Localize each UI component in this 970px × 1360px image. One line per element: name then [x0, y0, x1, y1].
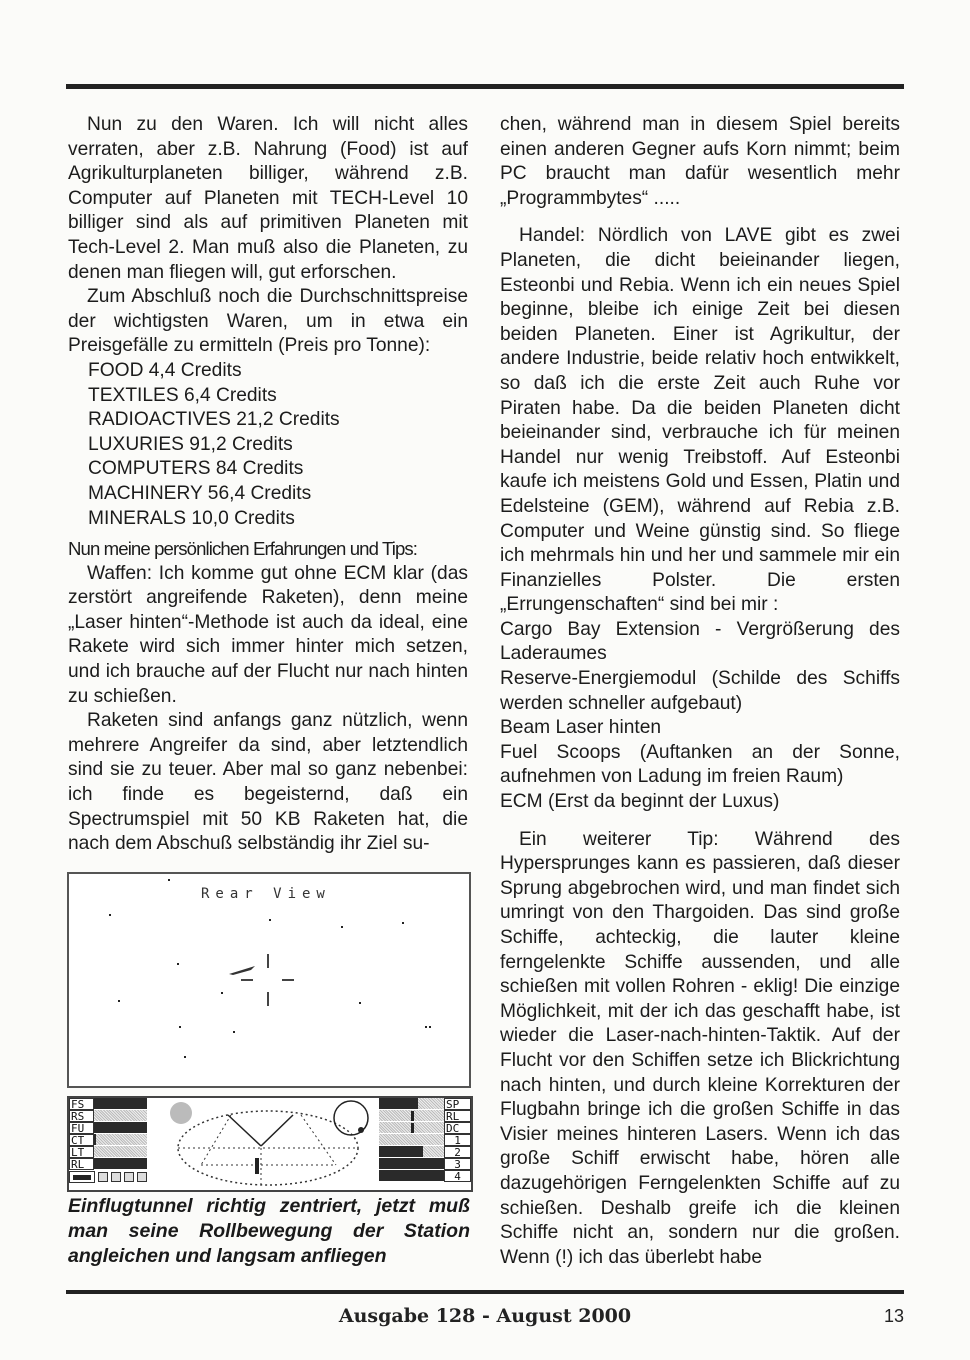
achievement-item: Cargo Bay Extension - Vergrößerung des L… — [500, 618, 900, 667]
paragraph-waffen: Waffen: Ich komme gut ohne ECM klar (das… — [68, 562, 468, 710]
footer-issue: Ausgabe 128 - August 2000 — [0, 1305, 970, 1327]
paragraph-continuation: chen, während man in diesem Spiel bereit… — [500, 113, 900, 211]
paragraph-waren: Nun zu den Waren. Ich will nicht alles v… — [68, 113, 468, 285]
price-item: RADIOACTIVES 21,2 Credits — [88, 408, 468, 433]
gauge-energy-4: 4 — [379, 1170, 471, 1182]
achievement-item: Reserve-Energiemodul (Schilde des Schiff… — [500, 667, 900, 716]
paragraph-raketen: Raketen sind anfangs ganz nützlich, wenn… — [68, 709, 468, 857]
top-rule — [66, 84, 904, 89]
price-item: FOOD 4,4 Credits — [88, 359, 468, 384]
radar-scanner-icon — [161, 1098, 375, 1188]
missile-icon — [69, 1171, 95, 1183]
achievement-item: Beam Laser hinten — [500, 716, 900, 741]
paragraph-durchschnittspreise: Zum Abschluß noch die Durchschnittspreis… — [68, 285, 468, 359]
price-item: LUXURIES 91,2 Credits — [88, 433, 468, 458]
achievements-list: Cargo Bay Extension - Vergrößerung des L… — [500, 618, 900, 815]
gauge-fs: FS — [69, 1098, 147, 1110]
page-number: 13 — [884, 1306, 904, 1327]
game-dashboard: FS RS FU CT LT RL — [67, 1096, 473, 1192]
gauge-energy-2: 2 — [379, 1146, 471, 1158]
gauge-fu: FU — [69, 1122, 147, 1134]
gauge-dc: DC — [379, 1122, 471, 1134]
paragraph-handel: Handel: Nördlich von LAVE gibt es zwei P… — [500, 224, 900, 618]
achievement-item: Fuel Scoops (Auftanken an der Sonne, auf… — [500, 741, 900, 790]
paragraph-tip-thargoiden: Ein weiterer Tip: Während des Hypersprun… — [500, 828, 900, 1271]
price-list: FOOD 4,4 Credits TEXTILES 6,4 Credits RA… — [88, 359, 468, 531]
gauge-rl: RL — [69, 1158, 147, 1170]
left-gauge-panel: FS RS FU CT LT RL — [69, 1098, 147, 1184]
gauge-roll: RL — [379, 1110, 471, 1122]
gauge-energy-3: 3 — [379, 1158, 471, 1170]
missile-slots — [69, 1170, 147, 1184]
gauge-lt: LT — [69, 1146, 147, 1158]
price-item: MINERALS 10,0 Credits — [88, 507, 468, 532]
price-item: MACHINERY 56,4 Credits — [88, 482, 468, 507]
gauge-sp: SP — [379, 1098, 471, 1110]
left-column: Nun zu den Waren. Ich will nicht alles v… — [68, 113, 468, 857]
right-gauge-panel: SP RL DC 1 2 3 4 — [379, 1098, 471, 1182]
price-item: COMPUTERS 84 Credits — [88, 457, 468, 482]
space-view-icon — [69, 874, 469, 1086]
figure-caption: Einflugtunnel richtig zentriert, jetzt m… — [68, 1194, 470, 1269]
price-item: TEXTILES 6,4 Credits — [88, 384, 468, 409]
game-screenshot-rear-view: Rear View — [67, 872, 471, 1088]
tips-heading: Nun meine persönlichen Erfahrungen und T… — [68, 537, 468, 562]
right-column: chen, während man in diesem Spiel bereit… — [500, 113, 900, 1270]
bottom-rule — [66, 1290, 904, 1294]
gauge-energy-1: 1 — [379, 1134, 471, 1146]
achievement-item: ECM (Erst da beginnt der Luxus) — [500, 790, 900, 815]
gauge-ct: CT — [69, 1134, 147, 1146]
gauge-rs: RS — [69, 1110, 147, 1122]
